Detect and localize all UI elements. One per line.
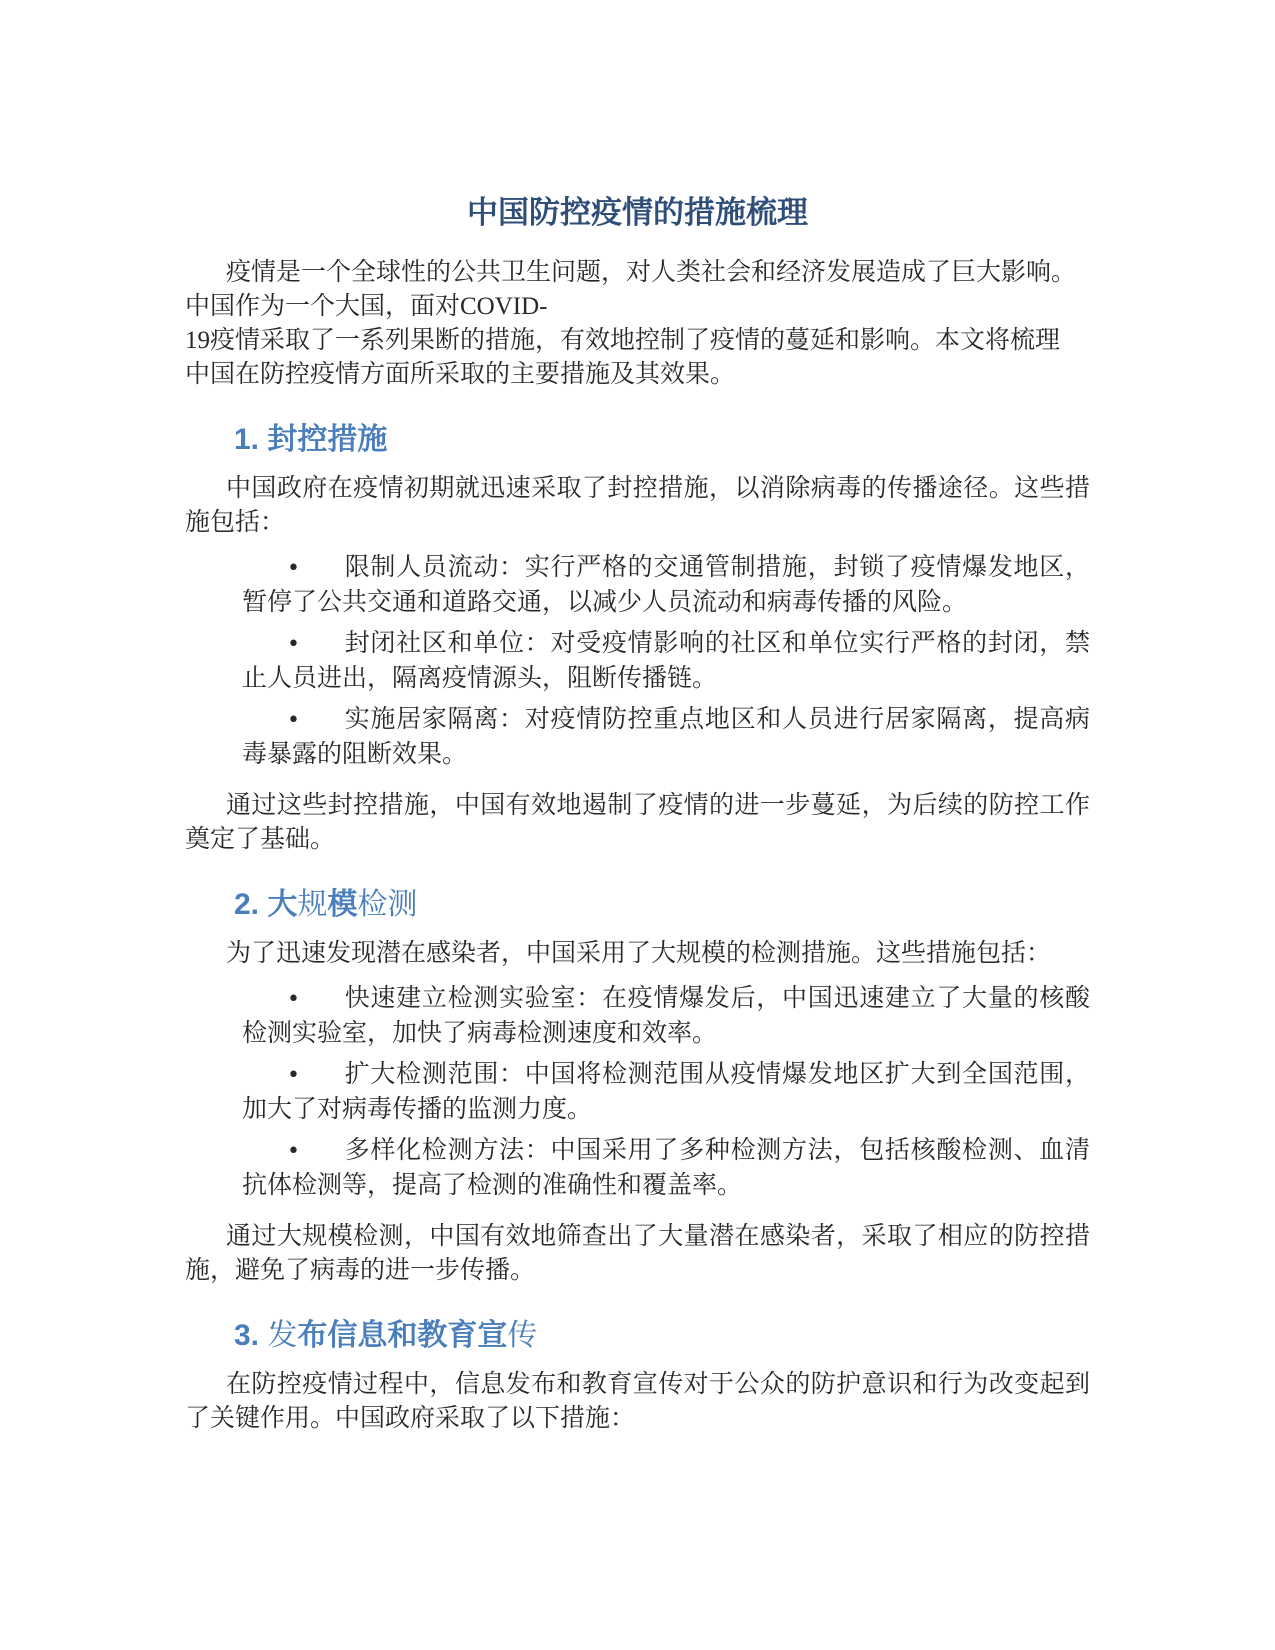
bullet-text: 封闭社区和单位：对受疫情影响的社区和单位实行严格的封闭，禁止人员进出，隔离疫情源… [242,630,1090,692]
bullet-text: 实施居家隔离：对疫情防控重点地区和人员进行居家隔离，提高病毒暴露的阻断效果。 [242,706,1090,768]
bullet-item: •快速建立检测实验室：在疫情爆发后，中国迅速建立了大量的核酸检测实验室，加快了病… [185,982,1090,1051]
bullet-dot-icon: • [287,987,300,1012]
document-page: 中国防控疫情的措施梳理 疫情是一个全球性的公共卫生问题，对人类社会和经济发展造成… [0,0,1275,1650]
bullet-text: 扩大检测范围：中国将检测范围从疫情爆发地区扩大到全国范围，加大了对病毒传播的监测… [242,1061,1090,1123]
bullet-text: 快速建立检测实验室：在疫情爆发后，中国迅速建立了大量的核酸检测实验室，加快了病毒… [242,985,1090,1047]
section-2-lead-paragraph: 为了迅速发现潜在感染者，中国采用了大规模的检测措施。这些措施包括： [185,937,1090,971]
document-title: 中国防控疫情的措施梳理 [185,192,1090,234]
bullet-item: •扩大检测范围：中国将检测范围从疫情爆发地区扩大到全国范围，加大了对病毒传播的监… [185,1058,1090,1127]
bullet-dot-icon: • [287,708,300,733]
section-2-heading: 2. 大规模检测 [185,885,1090,925]
bullet-item: •多样化检测方法：中国采用了多种检测方法，包括核酸检测、血清抗体检测等，提高了检… [185,1134,1090,1203]
bullet-item: •实施居家隔离：对疫情防控重点地区和人员进行居家隔离，提高病毒暴露的阻断效果。 [185,703,1090,772]
bullet-dot-icon: • [287,1063,300,1088]
bullet-dot-icon: • [287,1139,300,1164]
section-1-lead-paragraph: 中国政府在疫情初期就迅速采取了封控措施，以消除病毒的传播途径。这些措施包括： [185,472,1090,540]
section-2: 2. 大规模检测 为了迅速发现潜在感染者，中国采用了大规模的检测措施。这些措施包… [185,885,1090,1288]
section-1-summary-paragraph: 通过这些封控措施，中国有效地遏制了疫情的进一步蔓延，为后续的防控工作奠定了基础。 [185,789,1090,857]
bullet-text: 限制人员流动：实行严格的交通管制措施，封锁了疫情爆发地区，暂停了公共交通和道路交… [242,554,1090,616]
section-3: 3. 发布信息和教育宣传 在防控疫情过程中，信息发布和教育宣传对于公众的防护意识… [185,1316,1090,1436]
section-3-lead-paragraph: 在防控疫情过程中，信息发布和教育宣传对于公众的防护意识和行为改变起到了关键作用。… [185,1368,1090,1436]
bullet-dot-icon: • [287,556,300,581]
section-2-bullet-list: •快速建立检测实验室：在疫情爆发后，中国迅速建立了大量的核酸检测实验室，加快了病… [185,982,1090,1203]
bullet-dot-icon: • [287,632,300,657]
bullet-text: 多样化检测方法：中国采用了多种检测方法，包括核酸检测、血清抗体检测等，提高了检测… [242,1137,1090,1199]
section-3-heading: 3. 发布信息和教育宣传 [185,1316,1090,1356]
section-1: 1. 封控措施 中国政府在疫情初期就迅速采取了封控措施，以消除病毒的传播途径。这… [185,420,1090,857]
section-1-heading: 1. 封控措施 [185,420,1090,460]
section-1-bullet-list: •限制人员流动：实行严格的交通管制措施，封锁了疫情爆发地区，暂停了公共交通和道路… [185,551,1090,772]
bullet-item: •封闭社区和单位：对受疫情影响的社区和单位实行严格的封闭，禁止人员进出，隔离疫情… [185,627,1090,696]
section-2-summary-paragraph: 通过大规模检测，中国有效地筛查出了大量潜在感染者，采取了相应的防控措施，避免了病… [185,1220,1090,1288]
bullet-item: •限制人员流动：实行严格的交通管制措施，封锁了疫情爆发地区，暂停了公共交通和道路… [185,551,1090,620]
intro-paragraph: 疫情是一个全球性的公共卫生问题，对人类社会和经济发展造成了巨大影响。中国作为一个… [185,256,1090,392]
